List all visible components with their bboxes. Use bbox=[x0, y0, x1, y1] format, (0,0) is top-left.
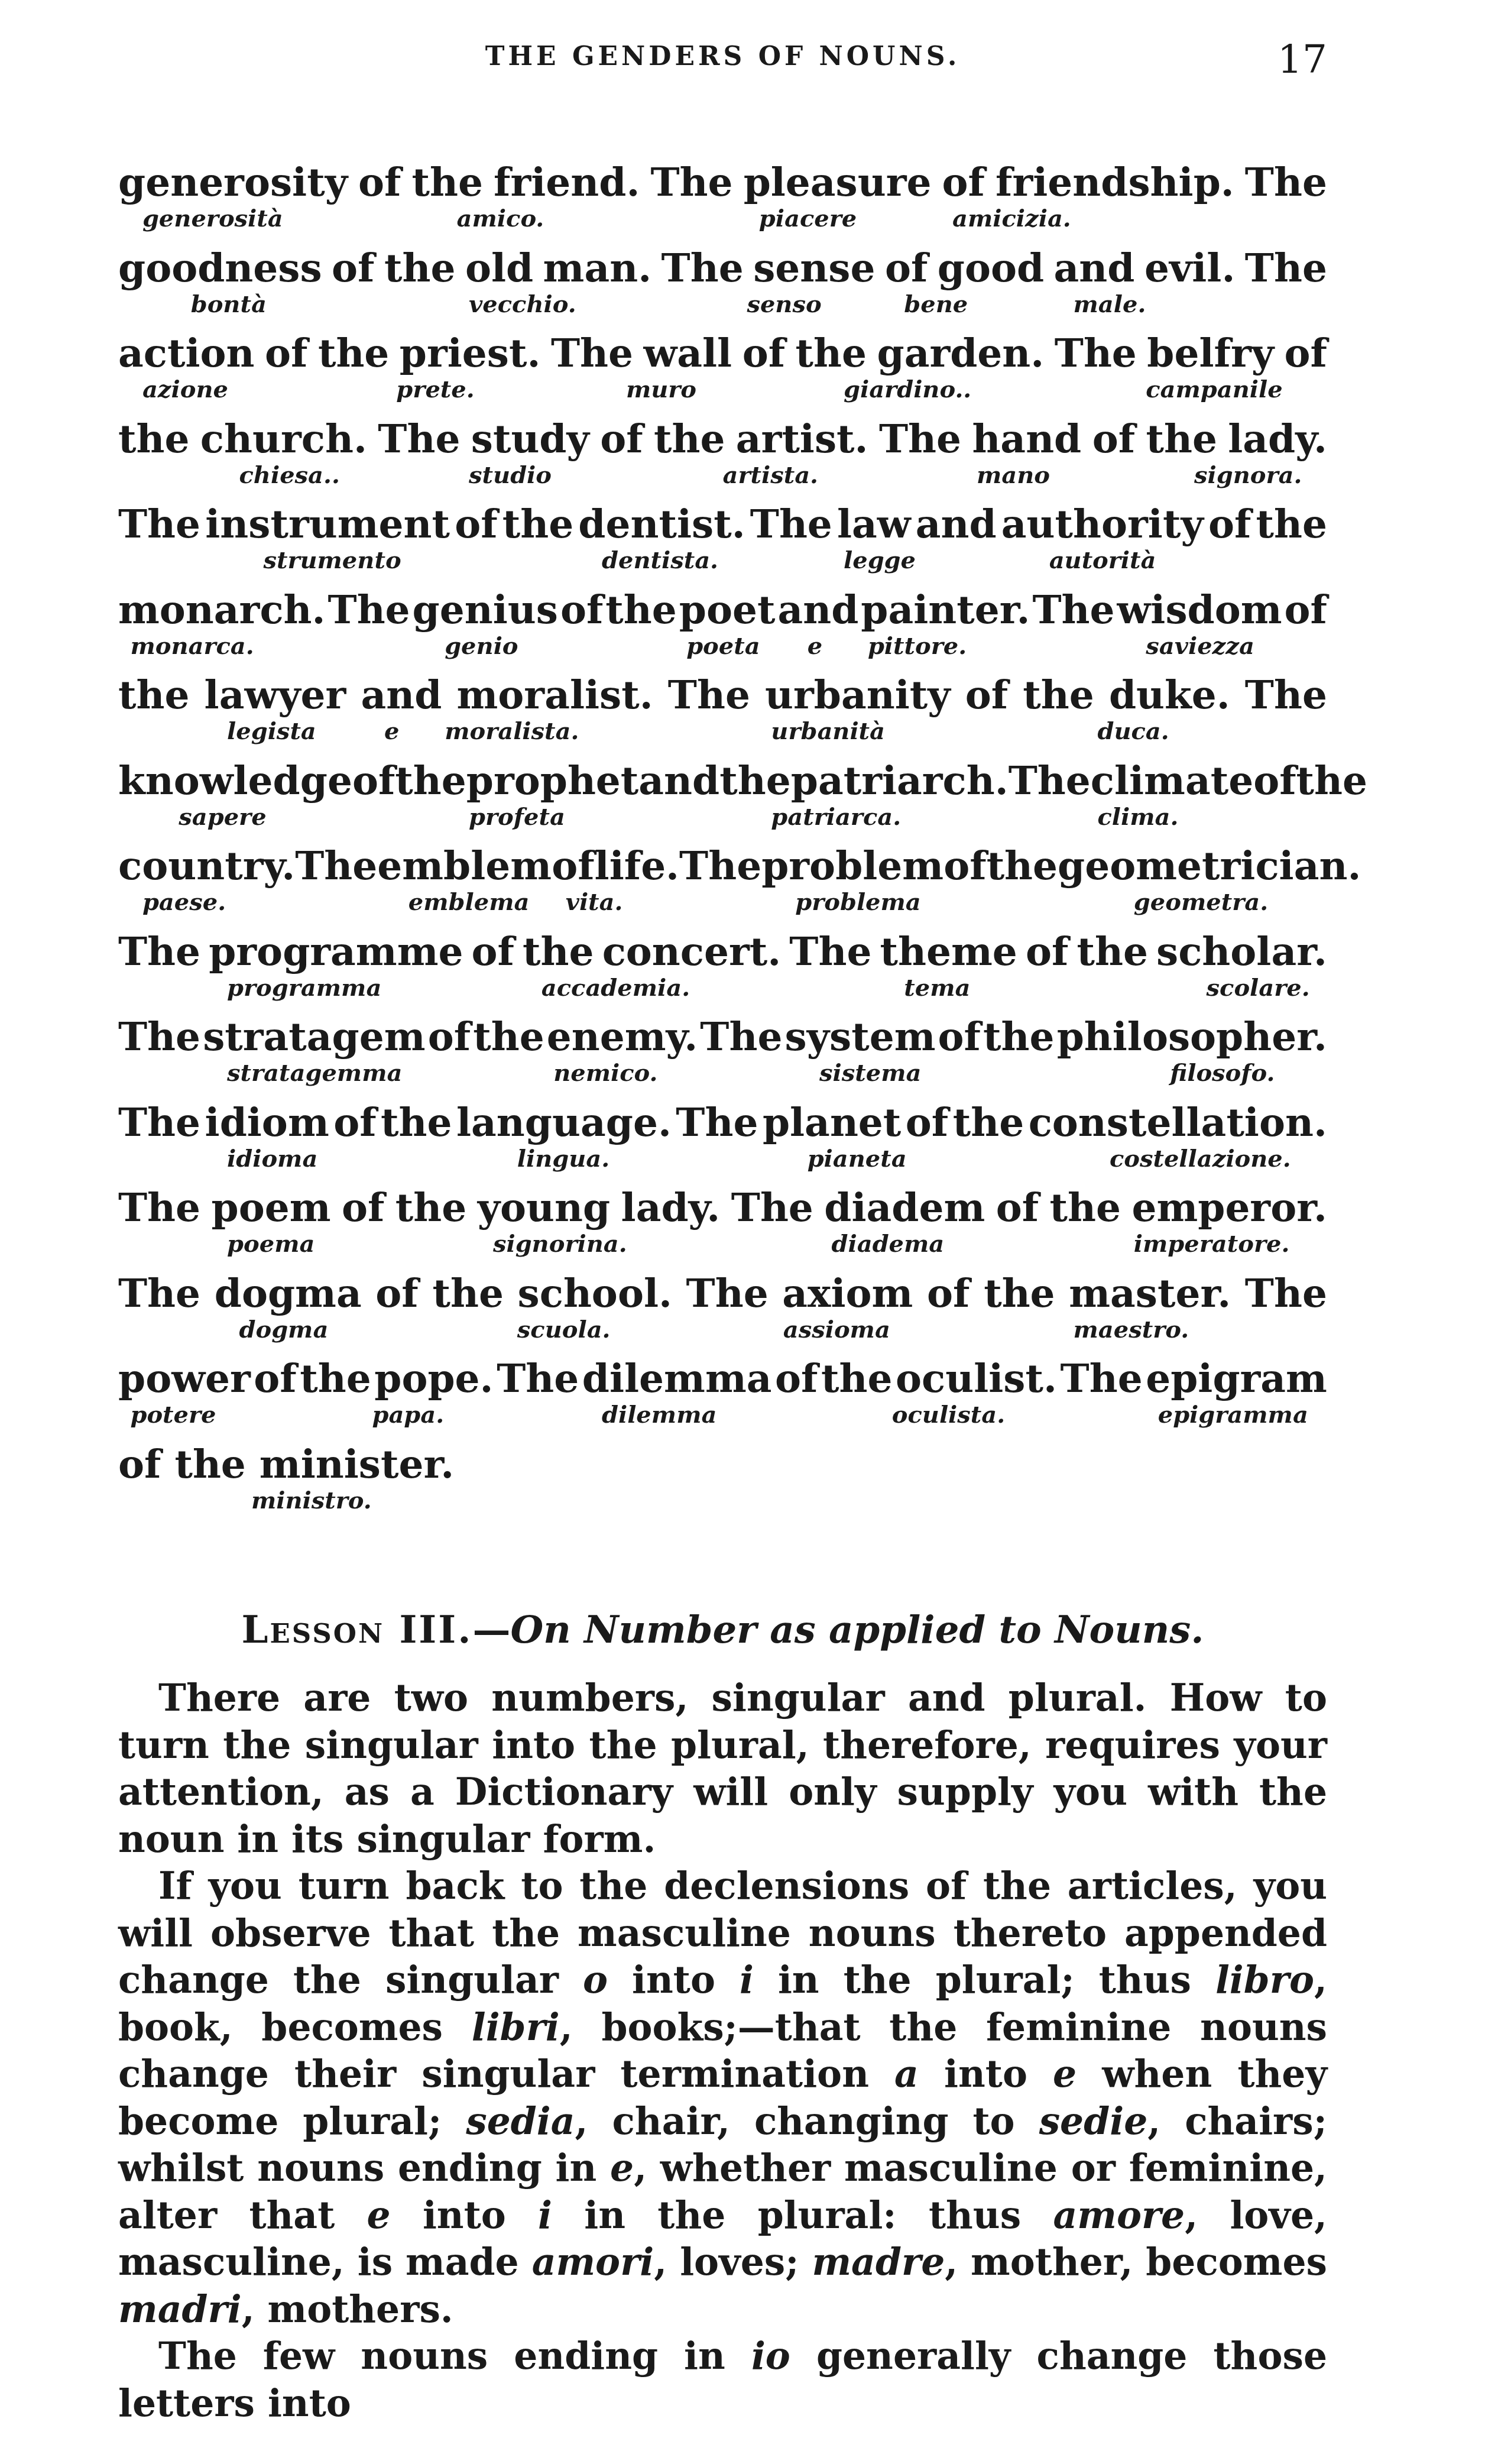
italic-term: e bbox=[367, 2193, 391, 2237]
italic-term: a bbox=[894, 2052, 919, 2096]
italian-gloss: profeta bbox=[469, 803, 565, 831]
italic-term: e bbox=[610, 2146, 634, 2190]
word: lawyer bbox=[205, 671, 346, 718]
word: of bbox=[1026, 928, 1068, 975]
word: of bbox=[943, 842, 986, 889]
word: old bbox=[465, 244, 533, 292]
word: and bbox=[916, 500, 997, 548]
italic-term: i bbox=[538, 2193, 552, 2237]
word: The bbox=[1245, 671, 1327, 718]
word: of bbox=[358, 158, 401, 206]
word: the bbox=[1050, 1184, 1121, 1231]
word: action bbox=[118, 329, 255, 377]
word: master. bbox=[1069, 1270, 1231, 1317]
italian-gloss: vita. bbox=[566, 888, 623, 917]
word: the bbox=[381, 1099, 452, 1146]
text-run: into bbox=[391, 2193, 538, 2237]
italic-term: sedia bbox=[466, 2099, 575, 2143]
italian-gloss: senso bbox=[747, 290, 821, 319]
word: the bbox=[983, 1013, 1054, 1060]
word: of bbox=[775, 1355, 818, 1402]
italian-gloss: paese. bbox=[142, 888, 226, 917]
text-run: The few nouns ending in bbox=[158, 2334, 751, 2378]
word: The bbox=[686, 1270, 769, 1317]
word: the bbox=[1146, 415, 1217, 462]
word: The bbox=[1032, 586, 1114, 633]
word: prophet bbox=[466, 757, 639, 804]
word: of bbox=[742, 329, 785, 377]
running-head: THE GENDERS OF NOUNS. bbox=[118, 41, 1327, 72]
exercise-line: Theprogrammeoftheconcert.Thethemeofthesc… bbox=[118, 928, 1327, 1014]
word: problem bbox=[761, 842, 943, 889]
italian-gloss: moralista. bbox=[445, 717, 579, 746]
word: of bbox=[1253, 757, 1296, 804]
italic-term: madre bbox=[812, 2240, 945, 2284]
italian-gloss: sapere bbox=[179, 803, 266, 831]
italian-gloss: piacere bbox=[759, 205, 857, 233]
page-header: THE GENDERS OF NOUNS. 17 bbox=[118, 37, 1327, 84]
italian-gloss: poeta bbox=[686, 632, 760, 660]
english-sentence: thechurch.Thestudyoftheartist.Thehandoft… bbox=[118, 415, 1327, 462]
italian-gloss: oculista. bbox=[892, 1401, 1005, 1429]
word: oculist. bbox=[896, 1355, 1057, 1402]
word: of bbox=[352, 757, 395, 804]
italian-gloss: legista bbox=[227, 717, 316, 746]
word: system bbox=[785, 1013, 936, 1060]
word: of bbox=[375, 1270, 418, 1317]
word: the bbox=[654, 415, 725, 462]
word: of bbox=[333, 1099, 376, 1146]
word: poem bbox=[212, 1184, 331, 1231]
italian-gloss: chiesa.. bbox=[239, 461, 340, 490]
word: and bbox=[361, 671, 442, 718]
word: law bbox=[837, 500, 911, 548]
word: The bbox=[551, 329, 633, 377]
word: study bbox=[471, 415, 589, 462]
paragraph-1: There are two numbers, singular and plur… bbox=[118, 1675, 1327, 1863]
word: of bbox=[942, 158, 985, 206]
english-sentence: country.Theemblemoflife.Theproblemoftheg… bbox=[118, 842, 1327, 889]
word: moralist. bbox=[457, 671, 653, 718]
word: pleasure bbox=[744, 158, 932, 206]
italian-gloss: signorina. bbox=[493, 1230, 627, 1258]
exercise-line: actionofthepriest.Thewallofthegarden.The… bbox=[118, 329, 1327, 415]
italian-gloss: giardino.. bbox=[844, 375, 971, 404]
text-run: , mother, becomes bbox=[945, 2240, 1327, 2284]
word: the bbox=[395, 757, 466, 804]
word: emblem bbox=[377, 842, 552, 889]
english-sentence: Theinstrumentofthedentist.Thelawandautho… bbox=[118, 500, 1327, 548]
paragraph-2: If you turn back to the declensions of t… bbox=[118, 1863, 1327, 2333]
italian-gloss: pittore. bbox=[868, 632, 967, 660]
word: and bbox=[777, 586, 858, 633]
word: dilemma bbox=[582, 1355, 772, 1402]
english-sentence: generosityofthefriend.Thepleasureoffrien… bbox=[118, 158, 1327, 206]
word: The bbox=[328, 586, 410, 633]
english-sentence: Theidiomofthelanguage.Theplanetofthecons… bbox=[118, 1099, 1327, 1146]
word: The bbox=[1245, 1270, 1327, 1317]
word: of bbox=[455, 500, 497, 548]
exercise-line: monarch.Thegeniusofthepoetandpainter.The… bbox=[118, 586, 1327, 672]
word: hand bbox=[972, 415, 1081, 462]
italic-term: io bbox=[751, 2334, 790, 2378]
text-run: , mothers. bbox=[242, 2287, 453, 2331]
word: concert. bbox=[602, 928, 782, 975]
word: wisdom bbox=[1117, 586, 1282, 633]
italic-term: o bbox=[583, 1958, 608, 2002]
word: The bbox=[1055, 329, 1137, 377]
word: of bbox=[428, 1013, 471, 1060]
english-sentence: of the minister. bbox=[118, 1440, 1327, 1488]
italian-gloss: e bbox=[808, 632, 822, 660]
word: the bbox=[1296, 757, 1367, 804]
word: and bbox=[638, 757, 719, 804]
word: language. bbox=[456, 1099, 672, 1146]
italian-gloss: imperatore. bbox=[1134, 1230, 1290, 1258]
word: the bbox=[821, 1355, 892, 1402]
word: scholar. bbox=[1156, 928, 1327, 975]
english-sentence: actionofthepriest.Thewallofthegarden.The… bbox=[118, 329, 1327, 377]
word: The bbox=[295, 842, 377, 889]
word: of bbox=[265, 329, 307, 377]
word: of bbox=[332, 244, 374, 292]
word: of bbox=[1285, 329, 1327, 377]
word: garden. bbox=[877, 329, 1045, 377]
word: of bbox=[600, 415, 643, 462]
word: painter. bbox=[861, 586, 1030, 633]
lesson-label: Lesson III. bbox=[241, 1608, 472, 1652]
word: The bbox=[679, 842, 761, 889]
italian-gloss: papa. bbox=[372, 1401, 444, 1429]
text-run: , chair, changing to bbox=[575, 2099, 1039, 2143]
text-run: in the plural: thus bbox=[552, 2193, 1053, 2237]
word: the bbox=[502, 500, 573, 548]
lesson-heading: Lesson III.—On Number as applied to Noun… bbox=[118, 1604, 1327, 1657]
word: man. bbox=[543, 244, 652, 292]
word: the bbox=[1077, 928, 1147, 975]
italian-gloss: patriarca. bbox=[771, 803, 901, 831]
word: The bbox=[118, 1099, 200, 1146]
word: philosopher. bbox=[1057, 1013, 1327, 1060]
italian-gloss: dilemma bbox=[602, 1401, 716, 1429]
italian-gloss: tema bbox=[904, 974, 970, 1002]
italian-gloss: assioma bbox=[783, 1316, 890, 1344]
word: wall bbox=[643, 329, 732, 377]
word: of bbox=[472, 928, 514, 975]
word: school. bbox=[518, 1270, 672, 1317]
word: of bbox=[560, 586, 603, 633]
word: of bbox=[1285, 586, 1327, 633]
word: the bbox=[523, 928, 594, 975]
word: of bbox=[552, 842, 594, 889]
word: lady. bbox=[1228, 415, 1327, 462]
word: dogma bbox=[215, 1270, 362, 1317]
italian-gloss: nemico. bbox=[553, 1059, 657, 1087]
italian-gloss: dogma bbox=[239, 1316, 329, 1344]
word: duke. bbox=[1109, 671, 1230, 718]
word: the bbox=[796, 329, 867, 377]
word: good bbox=[938, 244, 1044, 292]
word: the bbox=[987, 842, 1058, 889]
page-number: 17 bbox=[1277, 37, 1327, 82]
word: The bbox=[662, 244, 744, 292]
italian-gloss: maestro. bbox=[1074, 1316, 1189, 1344]
word: The bbox=[118, 1270, 200, 1317]
word: The bbox=[789, 928, 871, 975]
word: belfry bbox=[1147, 329, 1274, 377]
english-sentence: powerofthepope.Thedilemmaoftheoculist.Th… bbox=[118, 1355, 1327, 1402]
italic-term: e bbox=[1053, 2052, 1077, 2096]
italian-gloss: stratagemma bbox=[227, 1059, 402, 1087]
word: friendship. bbox=[996, 158, 1234, 206]
word: and bbox=[1054, 244, 1135, 292]
word: idiom bbox=[205, 1099, 329, 1146]
italian-gloss: campanile bbox=[1146, 375, 1282, 404]
word: emperor. bbox=[1131, 1184, 1327, 1231]
italian-gloss: prete. bbox=[396, 375, 474, 404]
word: of bbox=[1092, 415, 1135, 462]
word: of bbox=[906, 1099, 948, 1146]
exercise-line: goodnessoftheoldman.Thesenseofgoodandevi… bbox=[118, 244, 1327, 330]
italic-term: amori bbox=[532, 2240, 654, 2284]
english-sentence: Thestratagemoftheenemy.Thesystemofthephi… bbox=[118, 1013, 1327, 1060]
word: generosity bbox=[118, 158, 348, 206]
italian-gloss: male. bbox=[1074, 290, 1146, 319]
exercise-line: generosityofthefriend.Thepleasureoffrien… bbox=[118, 158, 1327, 244]
english-sentence: Thepoemoftheyounglady.Thediademoftheempe… bbox=[118, 1184, 1327, 1231]
text-run: into bbox=[919, 2052, 1053, 2096]
word: The bbox=[879, 415, 961, 462]
word: young bbox=[478, 1184, 611, 1231]
word: constellation. bbox=[1029, 1099, 1327, 1146]
word: enemy. bbox=[547, 1013, 698, 1060]
word: The bbox=[378, 415, 460, 462]
word: the bbox=[953, 1099, 1024, 1146]
exercise-line: Thestratagemoftheenemy.Thesystemofthephi… bbox=[118, 1013, 1327, 1099]
word: dentist. bbox=[578, 500, 745, 548]
italian-gloss: vecchio. bbox=[469, 290, 576, 319]
word: priest. bbox=[400, 329, 541, 377]
italian-gloss: mano bbox=[977, 461, 1050, 490]
italian-gloss: dentista. bbox=[602, 546, 718, 575]
word: The bbox=[118, 1013, 200, 1060]
text-run: in the plural; thus bbox=[754, 1958, 1215, 2002]
word: The bbox=[650, 158, 732, 206]
italian-gloss: generosità bbox=[142, 205, 283, 233]
word: The bbox=[118, 500, 200, 548]
word: the bbox=[412, 158, 483, 206]
word: The bbox=[750, 500, 832, 548]
word: the bbox=[432, 1270, 503, 1317]
italian-gloss: accademia. bbox=[542, 974, 690, 1002]
word: life. bbox=[595, 842, 680, 889]
word: diadem bbox=[824, 1184, 985, 1231]
italic-term: libri bbox=[472, 2005, 560, 2049]
exercise-line: powerofthepope.Thedilemmaoftheoculist.Th… bbox=[118, 1355, 1327, 1440]
exercise-line: Thepoemoftheyounglady.Thediademoftheempe… bbox=[118, 1184, 1327, 1270]
italic-term: amore bbox=[1053, 2193, 1185, 2237]
word: epigram bbox=[1146, 1355, 1327, 1402]
word: The bbox=[668, 671, 750, 718]
word: the bbox=[1023, 671, 1094, 718]
word: The bbox=[1245, 244, 1327, 292]
lesson-title: On Number as applied to Nouns. bbox=[511, 1608, 1204, 1652]
italian-gloss: artista. bbox=[723, 461, 819, 490]
text-run: into bbox=[608, 1958, 740, 2002]
word: pope. bbox=[374, 1355, 493, 1402]
italian-gloss: autorità bbox=[1049, 546, 1156, 575]
word: knowledge bbox=[118, 757, 352, 804]
italian-gloss: urbanità bbox=[771, 717, 885, 746]
italian-gloss: clima. bbox=[1097, 803, 1178, 831]
word: lady. bbox=[621, 1184, 721, 1231]
word: of bbox=[965, 671, 1008, 718]
word: climate bbox=[1091, 757, 1253, 804]
english-sentence: thelawyerandmoralist.Theurbanityoftheduk… bbox=[118, 671, 1327, 718]
word: The bbox=[118, 928, 200, 975]
italian-gloss: pianeta bbox=[808, 1145, 907, 1173]
italian-gloss: problema bbox=[795, 888, 921, 917]
translation-exercise: generosityofthefriend.Thepleasureoffrien… bbox=[118, 158, 1327, 1526]
exercise-line: country.Theemblemoflife.Theproblemoftheg… bbox=[118, 842, 1327, 928]
word: the bbox=[174, 1440, 259, 1488]
word: planet bbox=[763, 1099, 901, 1146]
italian-gloss: azione bbox=[142, 375, 228, 404]
word: of bbox=[885, 244, 928, 292]
word: the bbox=[605, 586, 676, 633]
word: of bbox=[938, 1013, 981, 1060]
italian-gloss: ministro. bbox=[251, 1487, 372, 1515]
word: of bbox=[342, 1184, 384, 1231]
italian-gloss: bene bbox=[904, 290, 968, 319]
italic-term: sedie bbox=[1039, 2099, 1148, 2143]
italian-gloss: idioma bbox=[227, 1145, 317, 1173]
italian-gloss: amicizia. bbox=[952, 205, 1071, 233]
word: The bbox=[700, 1013, 782, 1060]
word: the bbox=[395, 1184, 466, 1231]
word: of bbox=[927, 1270, 970, 1317]
word: of bbox=[118, 1440, 174, 1488]
word: genius bbox=[413, 586, 558, 633]
italian-gloss: signora. bbox=[1194, 461, 1302, 490]
word: instrument bbox=[205, 500, 450, 548]
word: patriarch. bbox=[791, 757, 1009, 804]
word: artist. bbox=[736, 415, 868, 462]
word: authority bbox=[1001, 500, 1204, 548]
word: The bbox=[731, 1184, 813, 1231]
exercise-line: knowledgeoftheprophetandthepatriarch.The… bbox=[118, 757, 1327, 843]
word: poet bbox=[679, 586, 776, 633]
italian-gloss: duca. bbox=[1097, 717, 1169, 746]
word: monarch. bbox=[118, 586, 326, 633]
italian-gloss: filosofo. bbox=[1170, 1059, 1275, 1087]
word: The bbox=[676, 1099, 758, 1146]
word: the bbox=[719, 757, 790, 804]
word: the bbox=[384, 244, 455, 292]
word: evil. bbox=[1144, 244, 1235, 292]
lesson-dash: — bbox=[473, 1608, 511, 1652]
italic-term: libro bbox=[1215, 1958, 1314, 2002]
word: friend. bbox=[494, 158, 640, 206]
italian-gloss: diadema bbox=[832, 1230, 945, 1258]
word: of bbox=[1208, 500, 1251, 548]
word: the bbox=[473, 1013, 544, 1060]
exercise-line: Theidiomofthelanguage.Theplanetofthecons… bbox=[118, 1099, 1327, 1184]
word: programme bbox=[209, 928, 463, 975]
italian-gloss: epigramma bbox=[1158, 1401, 1308, 1429]
text-run: , loves; bbox=[654, 2240, 812, 2284]
english-sentence: knowledgeoftheprophetandthepatriarch.The… bbox=[118, 757, 1327, 804]
italian-gloss: costellazione. bbox=[1110, 1145, 1291, 1173]
word: goodness bbox=[118, 244, 322, 292]
word: axiom bbox=[782, 1270, 913, 1317]
english-sentence: Theprogrammeoftheconcert.Thethemeofthesc… bbox=[118, 928, 1327, 975]
word: of bbox=[254, 1355, 296, 1402]
italian-gloss: scolare. bbox=[1207, 974, 1310, 1002]
word: church. bbox=[200, 415, 367, 462]
exercise-line: Theinstrumentofthedentist.Thelawandautho… bbox=[118, 500, 1327, 586]
italian-gloss: saviezza bbox=[1146, 632, 1254, 660]
italian-gloss: legge bbox=[844, 546, 916, 575]
italian-gloss: poema bbox=[227, 1230, 314, 1258]
word: The bbox=[497, 1355, 579, 1402]
exercise-line: thechurch.Thestudyoftheartist.Thehandoft… bbox=[118, 415, 1327, 501]
word: the bbox=[1256, 500, 1327, 548]
english-sentence: Thedogmaoftheschool.Theaxiomofthemaster.… bbox=[118, 1270, 1327, 1317]
english-sentence: monarch.Thegeniusofthepoetandpainter.The… bbox=[118, 586, 1327, 633]
italic-term: madri bbox=[118, 2287, 242, 2331]
word: country. bbox=[118, 842, 295, 889]
italian-gloss: geometra. bbox=[1134, 888, 1268, 917]
italian-gloss: e bbox=[384, 717, 399, 746]
paragraph-3: The few nouns ending in io generally cha… bbox=[118, 2333, 1327, 2427]
english-sentence: goodnessoftheoldman.Thesenseofgoodandevi… bbox=[118, 244, 1327, 292]
italian-gloss: studio bbox=[469, 461, 552, 490]
italic-term: i bbox=[740, 1958, 754, 2002]
word: stratagem bbox=[203, 1013, 425, 1060]
word: the bbox=[118, 415, 189, 462]
word: the bbox=[300, 1355, 371, 1402]
italian-gloss: emblema bbox=[408, 888, 530, 917]
word: minister. bbox=[260, 1440, 454, 1488]
exercise-line: Thedogmaoftheschool.Theaxiomofthemaster.… bbox=[118, 1270, 1327, 1355]
exercise-line: thelawyerandmoralist.Theurbanityoftheduk… bbox=[118, 671, 1327, 757]
italian-gloss: monarca. bbox=[130, 632, 254, 660]
exercise-line: of the minister.ministro. bbox=[118, 1440, 1327, 1526]
word: the bbox=[118, 671, 189, 718]
word: sense bbox=[753, 244, 875, 292]
word: of bbox=[996, 1184, 1039, 1231]
italian-gloss: lingua. bbox=[517, 1145, 609, 1173]
italian-gloss: scuola. bbox=[517, 1316, 611, 1344]
word: the bbox=[984, 1270, 1055, 1317]
word: The bbox=[1061, 1355, 1143, 1402]
word: The bbox=[1245, 158, 1327, 206]
italian-gloss: strumento bbox=[263, 546, 401, 575]
italian-gloss: potere bbox=[130, 1401, 216, 1429]
lesson-body: There are two numbers, singular and plur… bbox=[118, 1675, 1327, 2427]
italian-gloss: genio bbox=[445, 632, 518, 660]
italian-gloss: sistema bbox=[819, 1059, 921, 1087]
italian-gloss: muro bbox=[626, 375, 696, 404]
italian-gloss: programma bbox=[227, 974, 381, 1002]
word: The bbox=[1009, 757, 1091, 804]
word: urbanity bbox=[765, 671, 951, 718]
word: geometrician. bbox=[1058, 842, 1361, 889]
word: theme bbox=[880, 928, 1017, 975]
word: the bbox=[318, 329, 389, 377]
word: The bbox=[118, 1184, 200, 1231]
